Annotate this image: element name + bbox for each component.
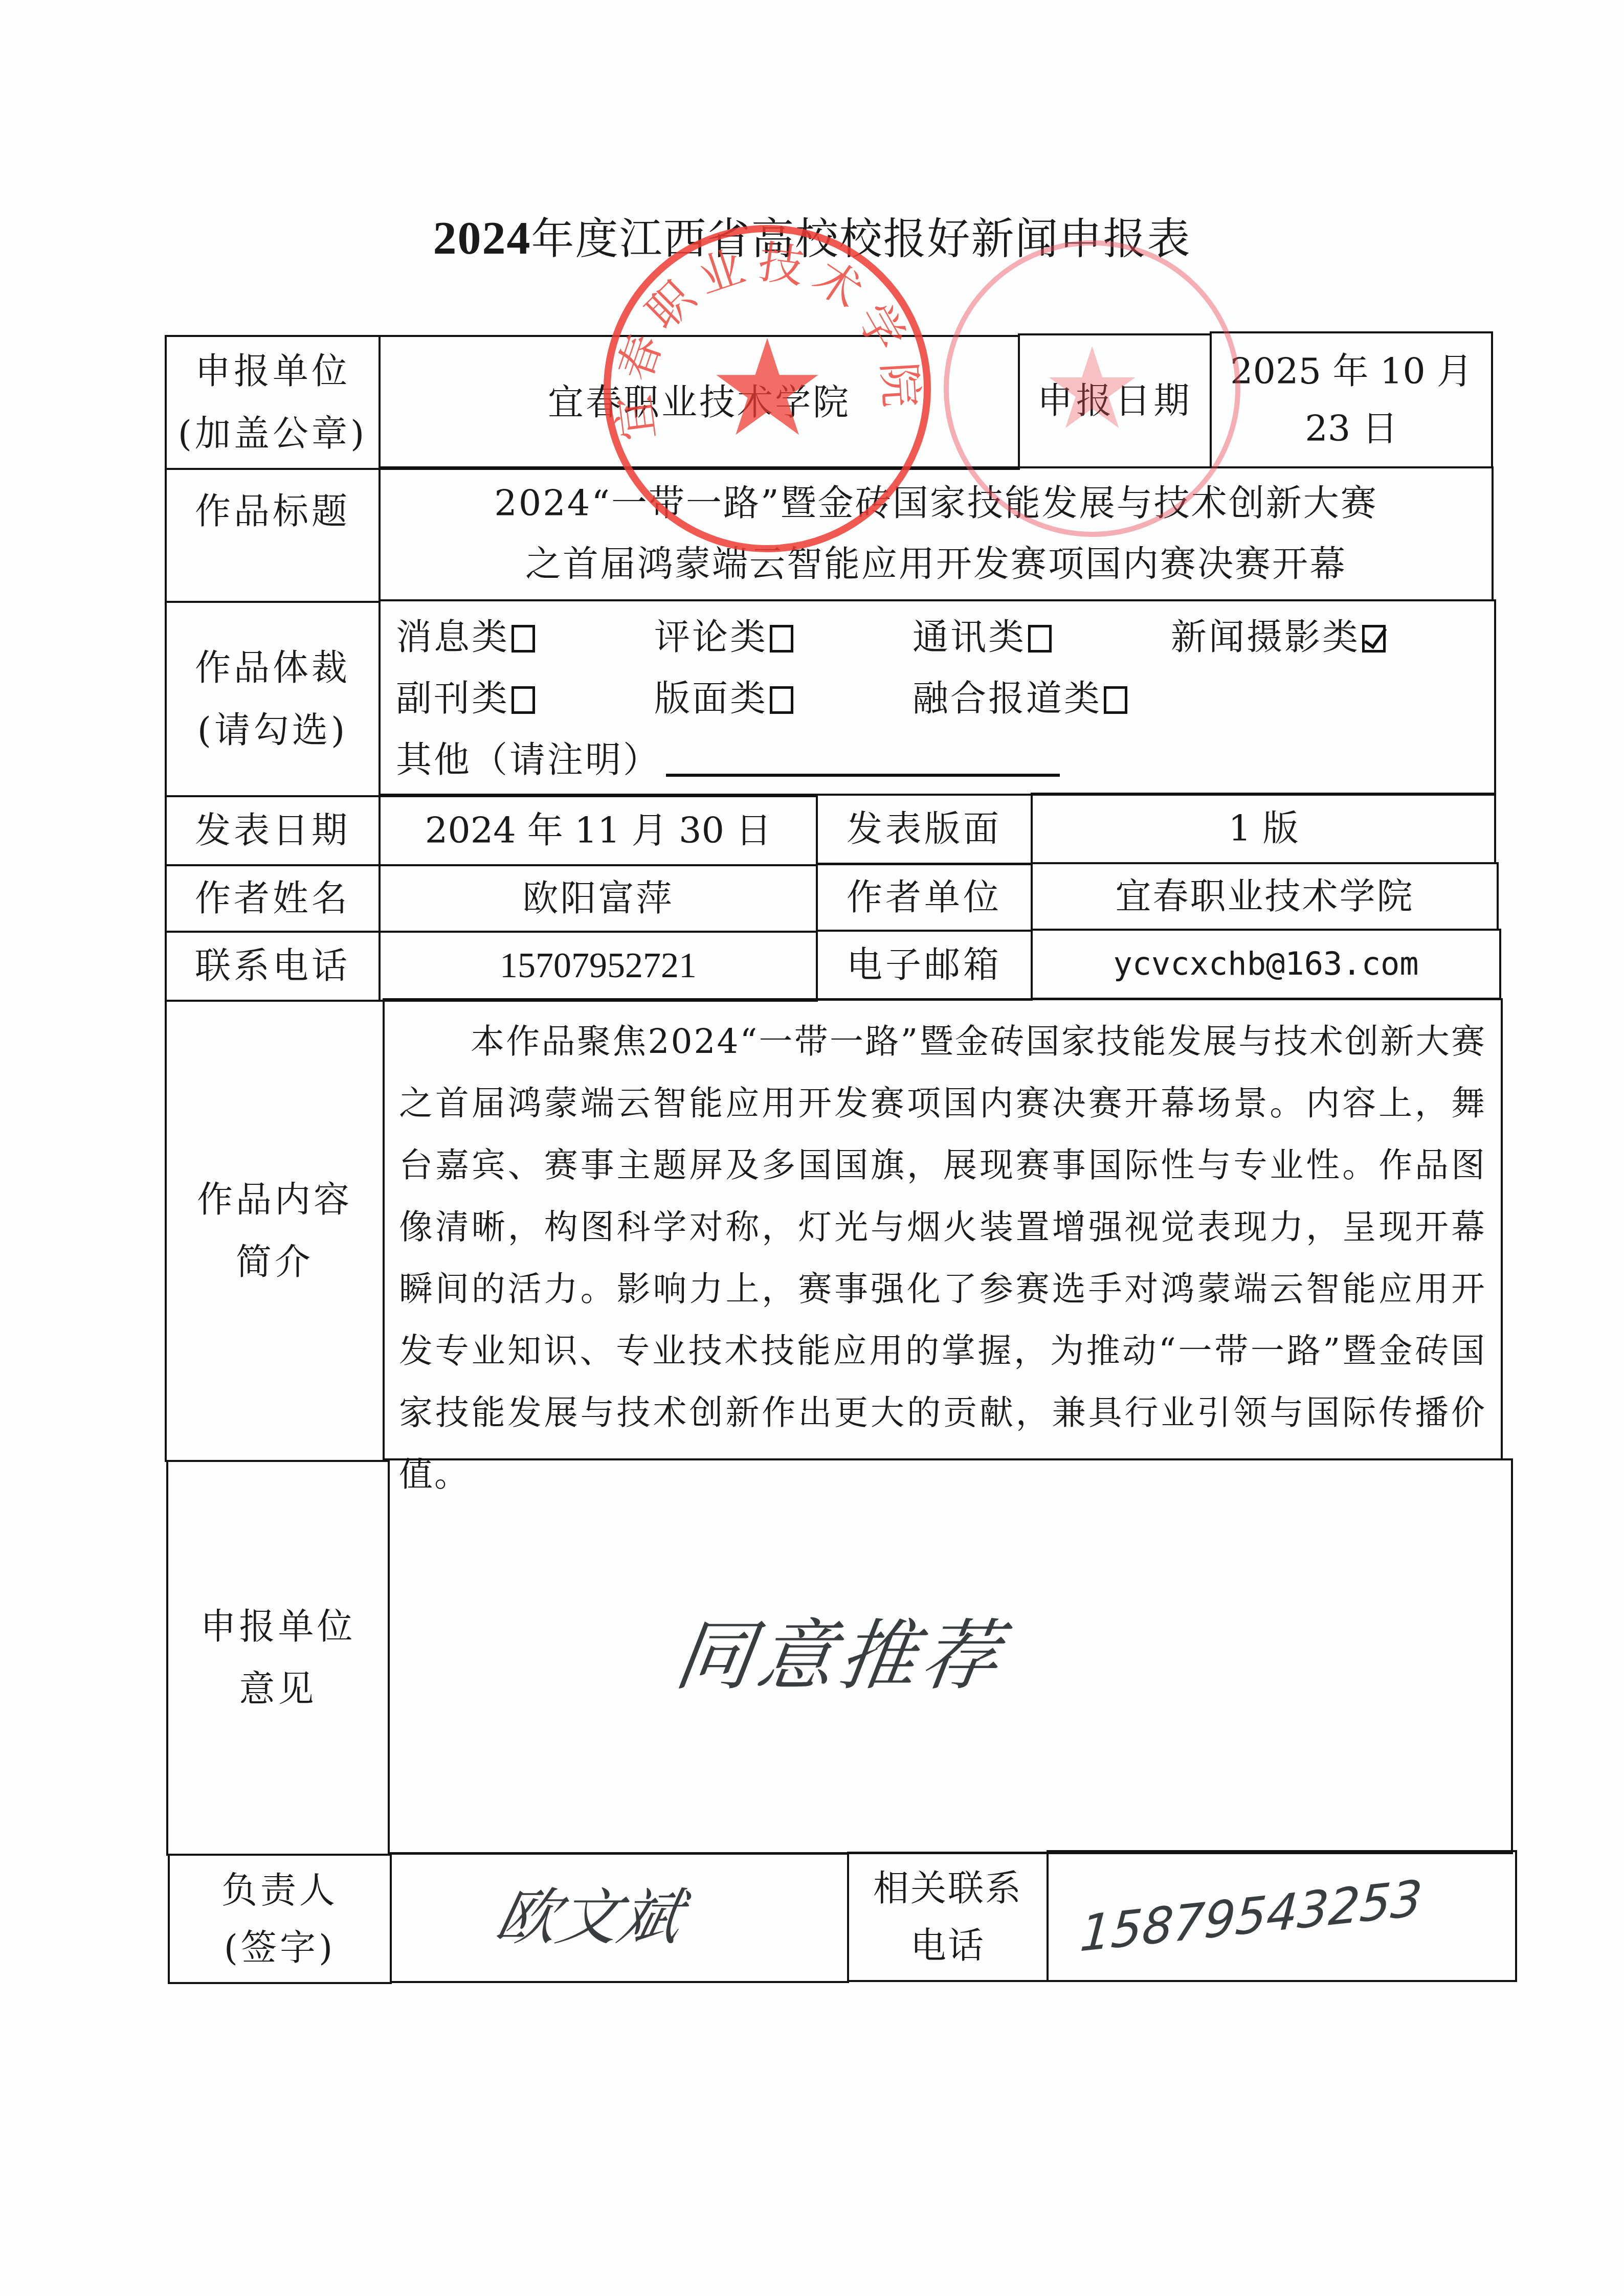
summary-paragraph: 本作品聚焦2024“一带一路”暨金砖国家技能发展与技术创新大赛之首届鸿蒙端云智能… (399, 1010, 1486, 1505)
phone-label-text: 联系电话 (195, 935, 350, 998)
author-unit-label-text: 作者单位 (847, 866, 1002, 929)
contact-phone-value[interactable]: 15879543253 (1047, 1850, 1517, 1982)
genre-other-input[interactable] (666, 743, 1060, 777)
email-value[interactable]: ycvcxchb@163.com (1031, 929, 1501, 1000)
unit-label-line2: (加盖公章) (178, 402, 368, 465)
contact-phone-handwriting: 15879543253 (1077, 1855, 1425, 1977)
opinion-handwriting: 同意推荐 (667, 1589, 1013, 1724)
unit-label-line1: 申报单位 (195, 340, 350, 403)
unit-label: 申报单位 (加盖公章) (165, 335, 381, 470)
genre-option-label: 融合报道类 (913, 678, 1102, 719)
genre-row-2: 副刊类 版面类 融合报道类 (396, 668, 1479, 729)
opinion-label: 申报单位 意见 (166, 1460, 390, 1856)
phone-value-text: 15707952721 (500, 935, 697, 998)
genre-option-photo[interactable]: 新闻摄影类 (1171, 606, 1429, 669)
genre-option-news[interactable]: 消息类 (396, 606, 654, 669)
contact-phone-label-line2: 电话 (910, 1917, 985, 1974)
checkbox-icon[interactable] (1104, 686, 1127, 714)
author-name-value[interactable]: 欧阳富萍 (379, 864, 818, 933)
apply-date-label-text: 申报日期 (1037, 370, 1193, 433)
author-unit-label: 作者单位 (816, 863, 1033, 932)
document-title: 2024年度江西省高校校报好新闻申报表 (0, 205, 1624, 266)
author-name-label: 作者姓名 (165, 864, 381, 933)
summary-label: 作品内容 简介 (165, 1000, 385, 1462)
work-title-value[interactable]: 2024“一带一路”暨金砖国家技能发展与技术创新大赛 之首届鸿蒙端云智能应用开发… (379, 466, 1494, 601)
genre-option-layout[interactable]: 版面类 (654, 667, 913, 730)
genre-option-label: 通讯类 (913, 616, 1026, 658)
genre-options: 消息类 评论类 通讯类 新闻摄影类 副刊类 版面类 融合报道类 其他（请注明） (379, 599, 1496, 796)
work-title-line2: 之首届鸿蒙端云智能应用开发赛项国内赛决赛开幕 (525, 534, 1347, 595)
signature-handwriting: 欧文斌 (485, 1864, 693, 1972)
genre-label: 作品体裁 (请勾选) (165, 601, 381, 797)
phone-label: 联系电话 (165, 931, 381, 1002)
genre-option-label: 评论类 (654, 616, 768, 658)
genre-option-feature[interactable]: 通讯类 (913, 606, 1171, 669)
genre-option-label: 消息类 (396, 616, 509, 658)
summary-label-line2: 简介 (236, 1231, 314, 1294)
publish-date-label: 发表日期 (165, 795, 381, 866)
genre-option-supplement[interactable]: 副刊类 (396, 667, 654, 730)
summary-label-line1: 作品内容 (197, 1168, 352, 1231)
opinion-label-line1: 申报单位 (201, 1595, 356, 1658)
genre-label-line1: 作品体裁 (195, 637, 350, 700)
genre-label-line2: (请勾选) (197, 699, 348, 762)
responsible-label-line1: 负责人 (221, 1862, 338, 1919)
author-name-value-text: 欧阳富萍 (523, 867, 674, 930)
contact-phone-label: 相关联系 电话 (847, 1852, 1049, 1982)
genre-other-label: 其他（请注明） (396, 729, 661, 792)
responsible-label-line2: (签字) (224, 1919, 336, 1976)
checkbox-icon[interactable] (511, 625, 535, 652)
contact-phone-label-line1: 相关联系 (873, 1860, 1022, 1917)
email-label: 电子邮箱 (816, 930, 1033, 1001)
genre-option-commentary[interactable]: 评论类 (654, 606, 913, 669)
genre-option-label: 新闻摄影类 (1171, 616, 1360, 658)
author-unit-value-text: 宜春职业技术学院 (1116, 865, 1414, 928)
checkbox-icon[interactable] (770, 625, 793, 652)
responsible-signature[interactable]: 欧文斌 (390, 1853, 849, 1983)
genre-option-label: 副刊类 (396, 678, 509, 719)
author-unit-value[interactable]: 宜春职业技术学院 (1031, 862, 1499, 931)
genre-option-label: 版面类 (654, 678, 768, 719)
apply-date-line2: 23 日 (1305, 400, 1397, 457)
summary-text[interactable]: 本作品聚焦2024“一带一路”暨金砖国家技能发展与技术创新大赛之首届鸿蒙端云智能… (383, 998, 1503, 1460)
checkbox-checked-icon[interactable] (1362, 625, 1386, 652)
genre-row-1: 消息类 评论类 通讯类 新闻摄影类 (396, 606, 1479, 668)
unit-value[interactable]: 宜春职业技术学院 (379, 335, 1020, 470)
title-year: 2024 (433, 212, 531, 264)
email-value-text: ycvcxchb@163.com (1113, 936, 1418, 992)
publish-page-label-text: 发表版面 (847, 798, 1002, 861)
opinion-value[interactable]: 同意推荐 (388, 1458, 1513, 1854)
author-name-label-text: 作者姓名 (195, 867, 350, 930)
apply-date-label: 申报日期 (1018, 333, 1212, 468)
work-title-line1: 2024“一带一路”暨金砖国家技能发展与技术创新大赛 (494, 473, 1378, 534)
email-label-text: 电子邮箱 (847, 934, 1002, 997)
publish-page-value[interactable]: 1 版 (1031, 793, 1496, 864)
phone-value[interactable]: 15707952721 (379, 931, 818, 1002)
publish-date-label-text: 发表日期 (195, 799, 350, 862)
work-title-label-text: 作品标题 (195, 480, 350, 543)
publish-page-label: 发表版面 (816, 794, 1033, 865)
title-text: 年度江西省高校校报好新闻申报表 (531, 214, 1191, 264)
publish-date-value-text: 2024 年 11 月 30 日 (425, 799, 772, 862)
unit-value-text: 宜春职业技术学院 (548, 371, 851, 434)
publish-date-value[interactable]: 2024 年 11 月 30 日 (379, 795, 818, 866)
work-title-label: 作品标题 (165, 468, 381, 603)
genre-row-3: 其他（请注明） (396, 729, 1479, 791)
genre-option-integrated[interactable]: 融合报道类 (913, 667, 1171, 730)
responsible-label: 负责人 (签字) (168, 1854, 392, 1984)
checkbox-icon[interactable] (511, 686, 535, 714)
apply-date-value[interactable]: 2025 年 10 月 23 日 (1210, 331, 1493, 468)
apply-date-line1: 2025 年 10 月 (1230, 343, 1473, 400)
checkbox-icon[interactable] (770, 686, 793, 714)
opinion-label-line2: 意见 (239, 1658, 317, 1721)
publish-page-value-text: 1 版 (1229, 797, 1299, 860)
checkbox-icon[interactable] (1028, 625, 1052, 652)
